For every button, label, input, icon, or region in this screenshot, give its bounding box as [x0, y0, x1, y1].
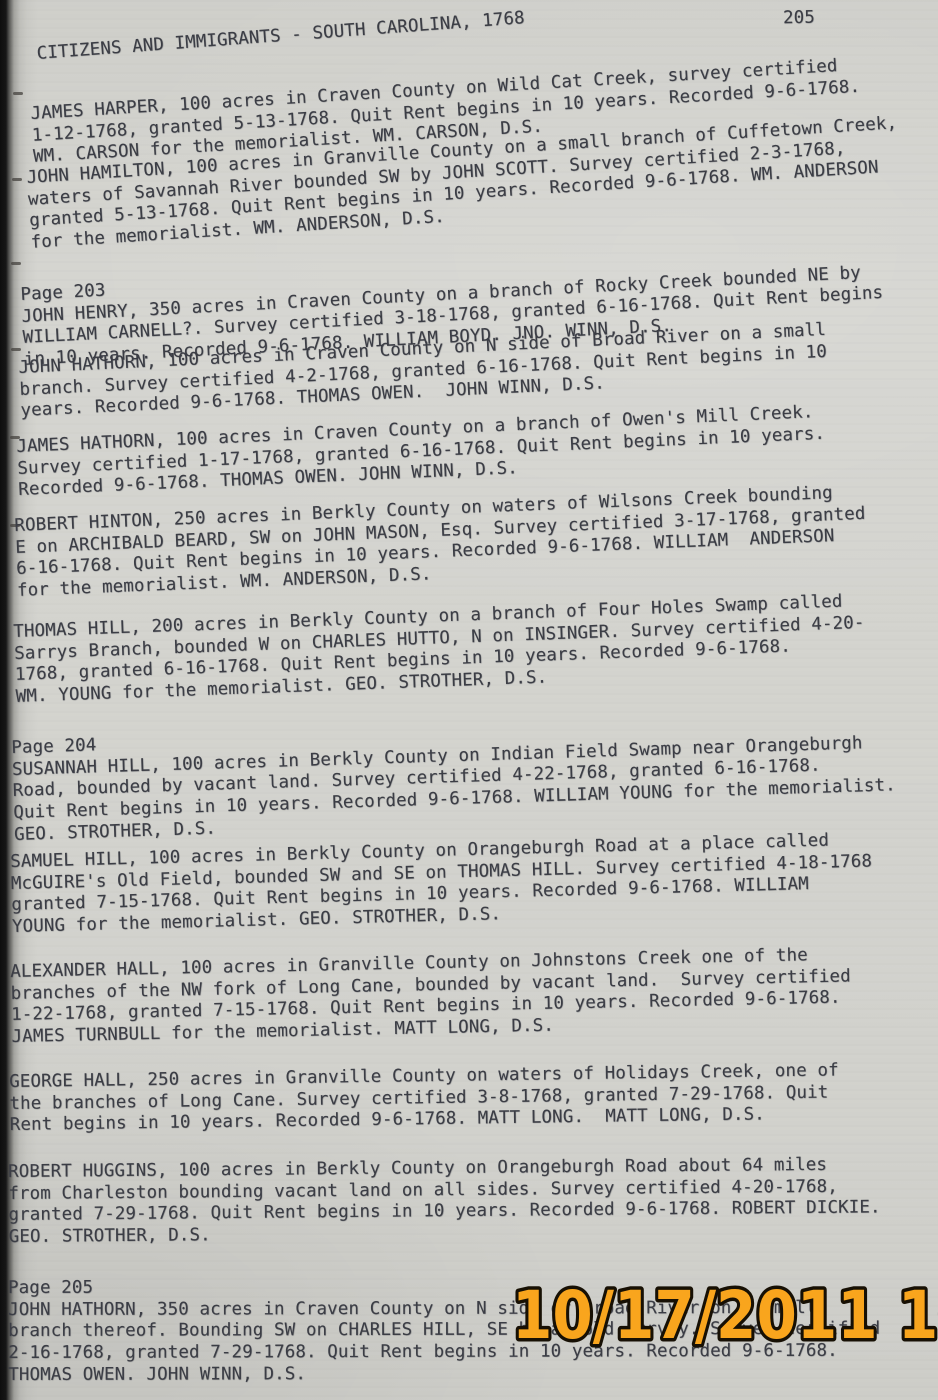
- camera-timestamp-svg: 10/17/2011 10: [512, 1282, 938, 1356]
- grant-entry: THOMAS HILL, 200 acres in Berkly County …: [13, 591, 866, 709]
- text-line: THOMAS OWEN. JOHN WINN, D.S.: [8, 1363, 880, 1387]
- grant-entry: Page 204SUSANNAH HILL, 100 acres in Berk…: [11, 710, 897, 846]
- grant-entry: SAMUEL HILL, 100 acres in Berkly County …: [10, 829, 873, 938]
- grant-entry: ROBERT HUGGINS, 100 acres in Berkly Coun…: [8, 1154, 881, 1248]
- grant-entry: ALEXANDER HALL, 100 acres in Granville C…: [10, 944, 852, 1048]
- binding-stitch-mark: [13, 92, 23, 95]
- scanned-book-page: { "document": { "header": { "title": "CI…: [0, 0, 938, 1400]
- binding-stitch-mark: [11, 348, 21, 351]
- camera-timestamp-text: 10/17/2011 10: [512, 1276, 938, 1354]
- camera-timestamp: 10/17/2011 10: [512, 1282, 938, 1356]
- page-number: 205: [783, 8, 815, 30]
- grant-entry: GEORGE HALL, 250 acres in Granville Coun…: [9, 1060, 839, 1137]
- binding-stitch-mark: [12, 178, 22, 181]
- binding-stitch-mark: [11, 262, 21, 265]
- grant-entry: ROBERT HINTON, 250 acres in Berkly Count…: [14, 482, 868, 603]
- page-header-title: CITIZENS AND IMMIGRANTS - SOUTH CAROLINA…: [36, 8, 526, 65]
